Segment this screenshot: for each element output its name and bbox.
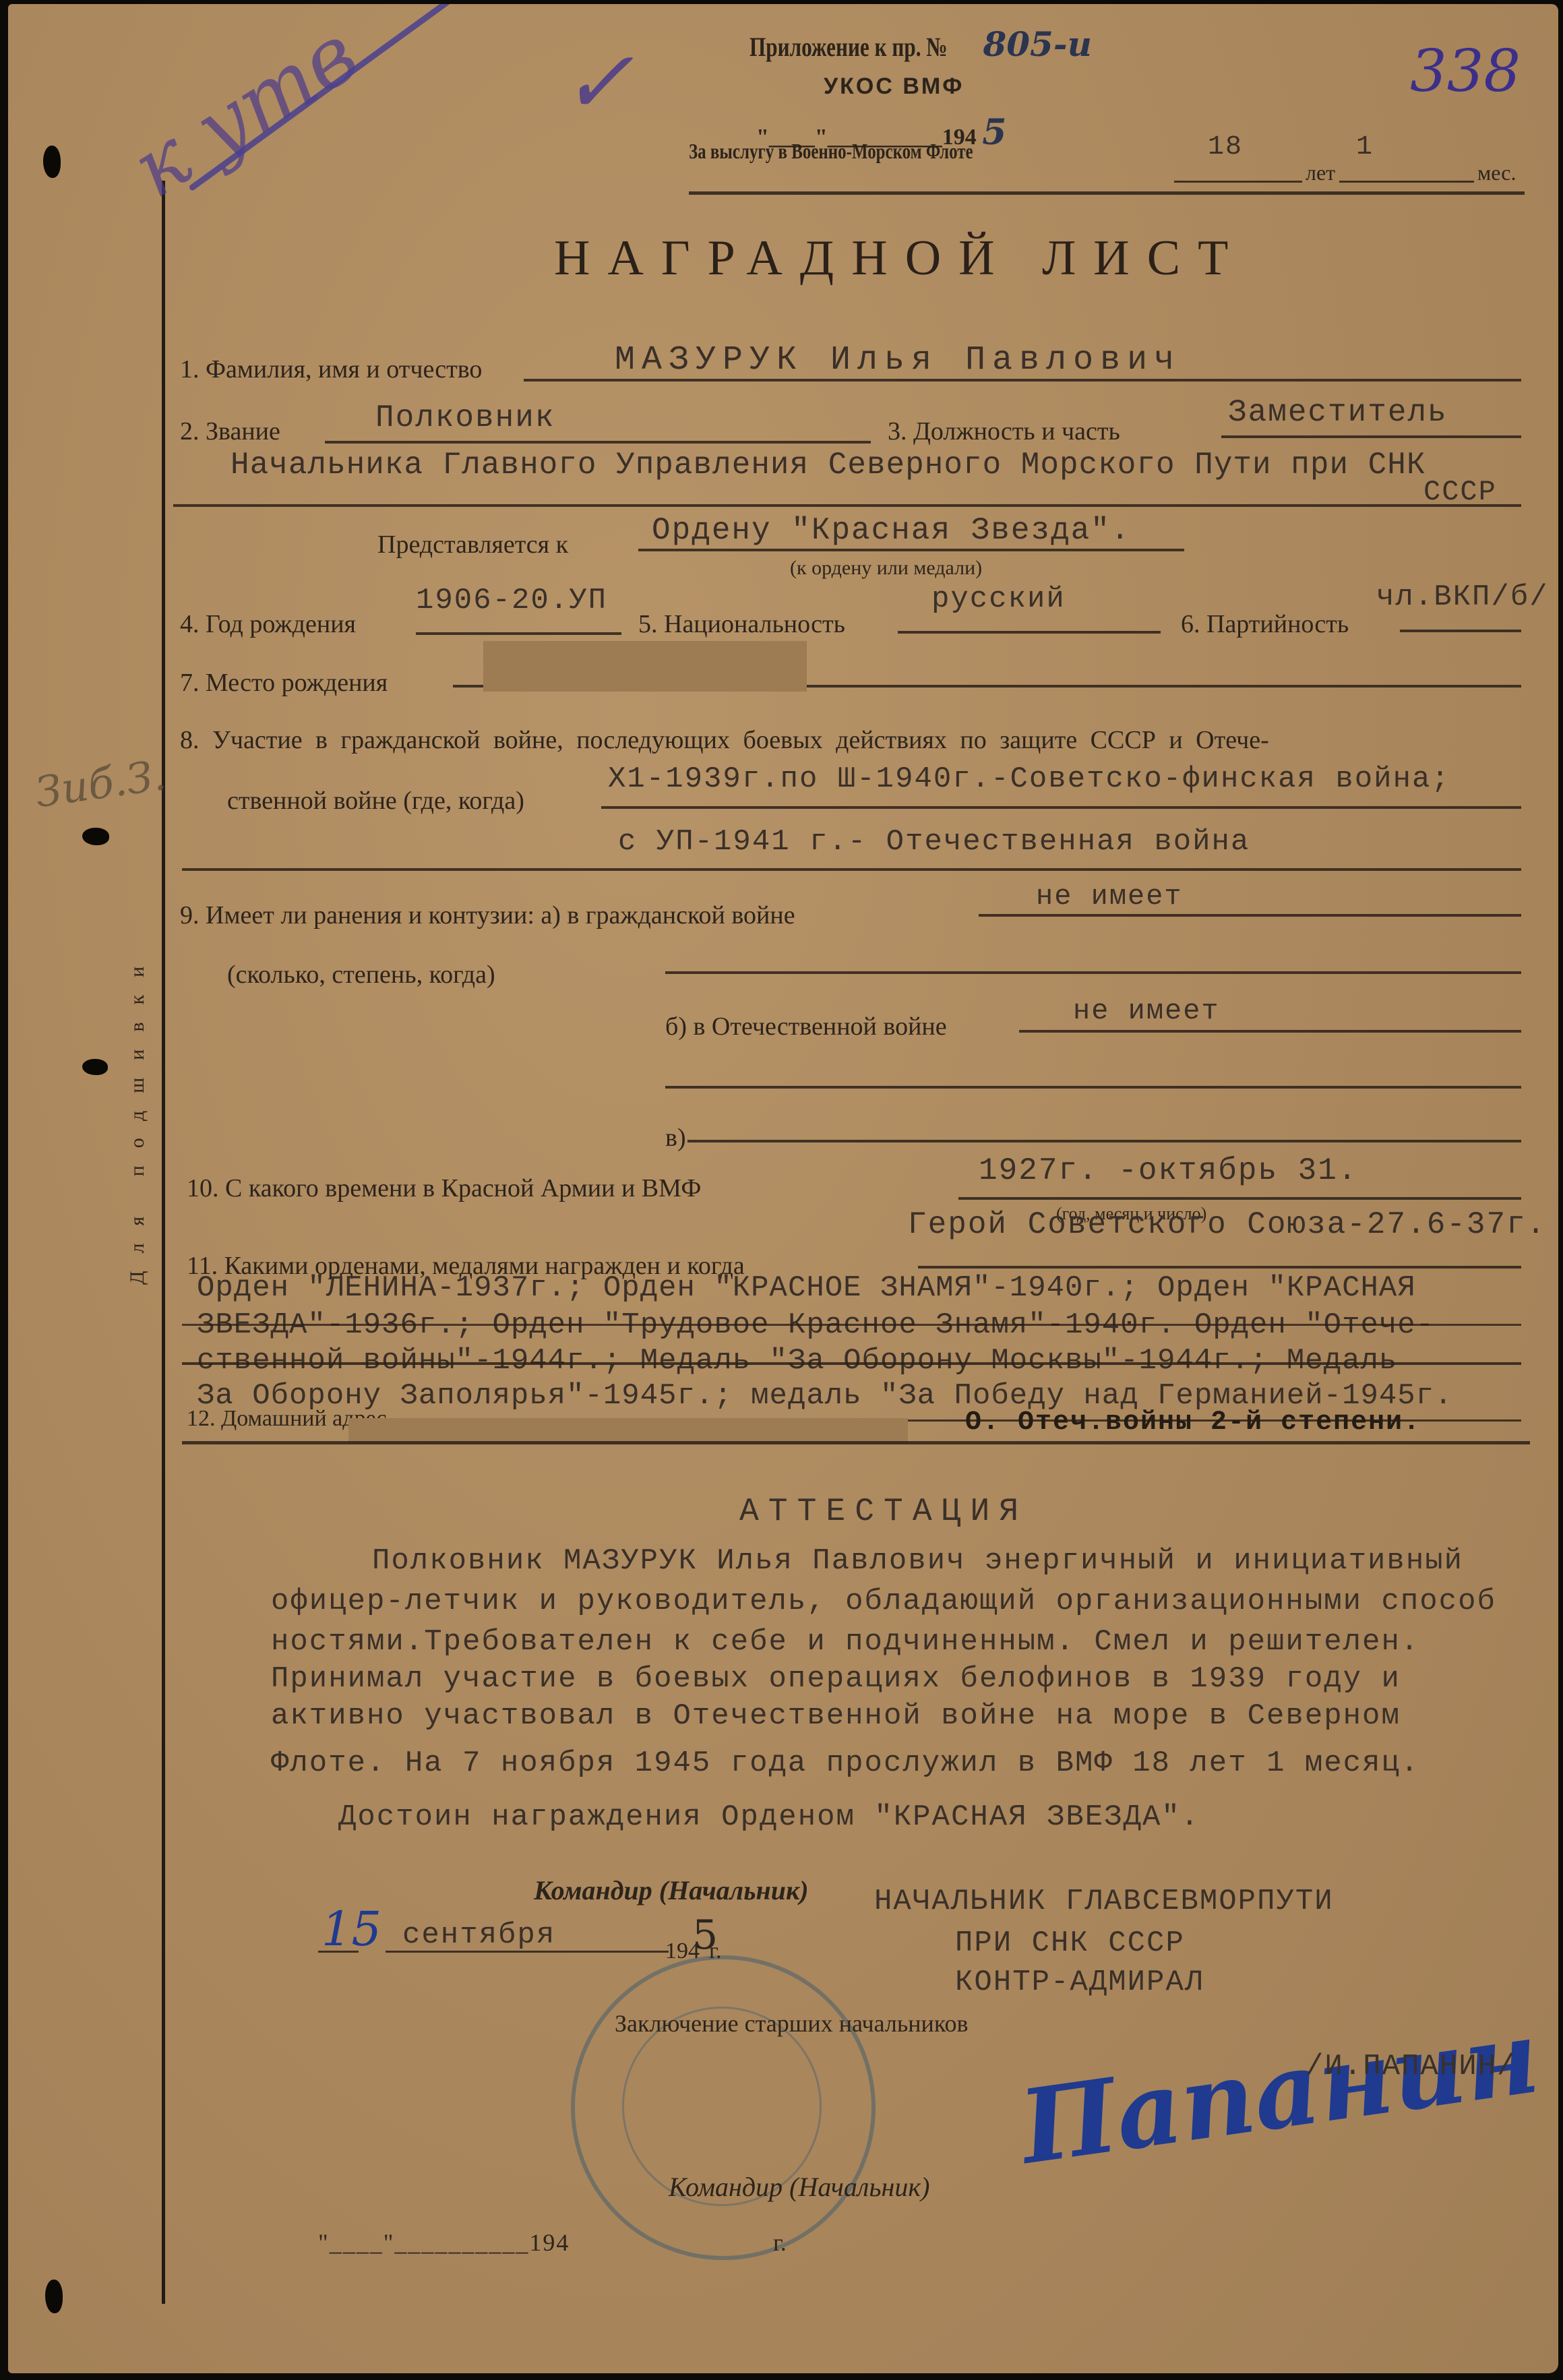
field-3-value-line1: Заместитель: [1228, 395, 1448, 430]
field-9b-value: не имеет: [1073, 995, 1220, 1027]
field-1-label: 1. Фамилия, имя и отчество: [180, 355, 482, 384]
commander-label: Командир (Начальник): [534, 1874, 809, 1906]
signer-position-line-3: КОНТР-АДМИРАЛ: [955, 1965, 1204, 1999]
field-10-value: 1927г. -октябрь 31.: [979, 1153, 1358, 1188]
signer-name: /И.ПАПАНИН/: [1306, 2050, 1516, 2083]
field-11-award-line-1: Орден "ЛЕНИНА-1937г.; Орден "КРАСНОЕ ЗНА…: [197, 1271, 1416, 1305]
senior-conclusion-label: Заключение старших начальников: [615, 2009, 968, 2038]
field-5-label: 5. Национальность: [638, 609, 845, 639]
nomination-hint: (к ордену или медали): [790, 557, 982, 580]
field-9c-label: в): [665, 1123, 686, 1153]
attestation-recommendation: Достоин награждения Орденом "КРАСНАЯ ЗВЕ…: [338, 1800, 1200, 1834]
approval-handwriting: к утв: [117, 7, 374, 216]
field-9-label-text: 9. Имеет ли ранения и контузии:: [180, 901, 534, 929]
official-seal: [571, 1955, 876, 2260]
section-divider: [182, 1441, 1530, 1444]
field-11-addendum: О. Отеч.войны 2-й степени.: [965, 1407, 1421, 1438]
header-underline: [689, 191, 1525, 195]
field-1-value: МАЗУРУК Илья Павлович: [615, 341, 1181, 379]
field-5-value: русский: [931, 582, 1066, 616]
field-6-label: 6. Партийность: [1181, 609, 1349, 639]
field-4-value: 1906-20.УП: [416, 584, 607, 617]
punch-hole: [82, 1059, 108, 1075]
field-9-label: 9. Имеет ли ранения и контузии: а) в гра…: [180, 901, 795, 930]
award-sheet: Для подшивки к утв ✓ Зиб.З. Приложение к…: [8, 4, 1558, 2373]
binding-margin-line: [162, 181, 165, 2304]
attestation-line-5: активно участвовал в Отечественной войне…: [271, 1699, 1401, 1733]
nomination-label: Представляется к: [377, 530, 568, 559]
order-stamp: Приложение к пр. № 805-и УКОС ВМФ "____"…: [749, 24, 1092, 153]
field-3-value-line3: СССР: [1423, 476, 1497, 508]
service-length-row: За выслугу в Военно-Морском Флоте: [689, 139, 1545, 164]
field-7-label: 7. Место рождения: [180, 668, 388, 698]
field-10-label: 10. С какого времени в Красной Армии и В…: [187, 1173, 701, 1203]
field-8-value-line1: Х1-1939г.по Ш-1940г.-Советско-финская во…: [608, 762, 1450, 796]
service-months-unit: мес.: [1477, 160, 1516, 185]
handwritten-signature: Папанин: [1014, 1997, 1546, 2187]
field-8-label-line2: ственной войне (где, когда): [227, 786, 524, 816]
field-9b-label: б) в Отечественной войне: [665, 1012, 947, 1041]
service-months: 1: [1356, 132, 1374, 162]
archive-sheet-number: 338: [1410, 38, 1521, 105]
attestation-heading: АТТЕСТАЦИЯ: [739, 1494, 1028, 1530]
field-4-label: 4. Год рождения: [180, 609, 356, 639]
attestation-line-6: Флоте. На 7 ноября 1945 года прослужил в…: [271, 1746, 1419, 1780]
field-2-label: 2. Звание: [180, 417, 280, 446]
field-9-hint: (сколько, степень, когда): [227, 960, 495, 989]
redacted-birthplace: [483, 641, 807, 692]
page-title: НАГРАДНОЙ ЛИСТ: [554, 230, 1246, 287]
senior-date-blank: "____"__________194: [318, 2228, 570, 2257]
field-3-label: 3. Должность и часть: [888, 417, 1120, 446]
attestation-line-3: ностями.Требователен к себе и подчиненны…: [271, 1625, 1419, 1659]
signature-date-month: сентября: [402, 1918, 555, 1952]
punch-hole: [45, 2280, 63, 2313]
order-stamp-prefix: Приложение к пр. №: [749, 31, 948, 63]
order-number: 805-и: [983, 24, 1091, 64]
senior-commander-label: Командир (Начальник): [669, 2171, 929, 2203]
field-2-value: Полковник: [375, 400, 555, 435]
attestation-line-4: Принимал участие в боевых операциях бело…: [271, 1662, 1401, 1696]
punch-hole: [43, 146, 61, 178]
attestation-line-2: офицер-летчик и руководитель, обладающий…: [271, 1585, 1496, 1618]
left-margin-handwriting: Зиб.З.: [32, 750, 169, 817]
field-3-value-line2: Начальника Главного Управления Северного…: [231, 448, 1426, 483]
senior-date-suffix: г.: [773, 2228, 787, 2257]
punch-hole: [82, 828, 109, 845]
field-11-award-line-3: ственной войны"-1944г.; Медаль "За Оборо…: [197, 1344, 1397, 1378]
signer-position-line-1: НАЧАЛЬНИК ГЛАВСЕВМОРПУТИ: [874, 1885, 1334, 1918]
strikethrough-line: [182, 1324, 1521, 1326]
redacted-address: [348, 1418, 908, 1444]
field-11-hero-title: Герой Советского Союза-27.6-37г.: [908, 1207, 1546, 1242]
checkmark-icon: ✓: [561, 31, 634, 133]
binding-label: Для подшивки: [126, 949, 149, 1285]
signer-position-line-2: ПРИ СНК СССР: [955, 1926, 1185, 1960]
field-8-label-line1: 8. Участие в гражданской войне, последую…: [180, 725, 1269, 755]
attestation-line-1: Полковник МАЗУРУК Илья Павлович энергичн…: [372, 1544, 1463, 1578]
signature-date-day: 15: [321, 1901, 381, 1957]
signature-date-suffix: г.: [709, 1939, 722, 1964]
field-6-value: чл.ВКП/б/: [1376, 580, 1549, 614]
field-9a-value: не имеет: [1036, 880, 1183, 913]
service-years: 18: [1208, 132, 1243, 162]
service-years-unit: лет: [1306, 160, 1335, 185]
order-stamp-unit: УКОС ВМФ: [824, 73, 1092, 100]
service-length-label: За выслугу в Военно-Морском Флоте: [689, 139, 973, 164]
field-8-value-line2: с УП-1941 г.- Отечественная война: [618, 825, 1250, 859]
nomination-value: Ордену "Красная Звезда".: [652, 513, 1131, 548]
field-9a-label: а) в гражданской войне: [541, 901, 795, 929]
